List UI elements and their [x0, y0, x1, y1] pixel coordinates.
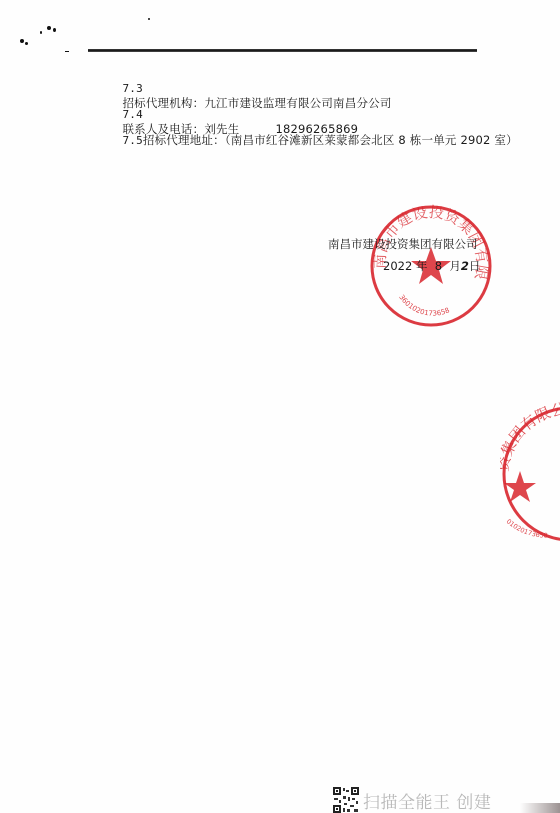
scanned-page: 7.3 招标代理机构：九江市建设监理有限公司南昌分公司 7.4 联系人及电话：刘… — [0, 0, 560, 813]
signing-date: 2022 年 8 月2日 — [383, 258, 480, 274]
header-rule — [88, 49, 477, 52]
item-label: 招标代理地址： — [143, 133, 225, 147]
partial-seal: 资集团有限公司 01020173658 — [500, 402, 560, 542]
svg-text:01020173658: 01020173658 — [505, 517, 548, 539]
scan-artifact — [65, 51, 69, 52]
svg-text:资集团有限公司: 资集团有限公司 — [500, 402, 560, 473]
date-month: 8 — [435, 259, 442, 273]
scan-artifact — [25, 42, 28, 45]
watermark-text: 扫描全能王 创建 — [363, 788, 491, 813]
scan-artifact — [47, 26, 51, 30]
partial-seal-text: 资集团有限公司 — [500, 402, 560, 473]
date-month-unit: 月 — [449, 259, 461, 273]
date-year: 2022 — [383, 259, 412, 273]
scan-artifact — [53, 28, 56, 32]
item-number: 7.5 — [122, 134, 142, 147]
scan-edge-shadow — [520, 803, 560, 813]
item-value: （南昌市红谷滩新区莱蒙都会北区 8 栋一单元 2902 室） — [225, 133, 518, 147]
signing-organization: 南昌市建设投资集团有限公司 — [328, 236, 478, 252]
scan-artifact — [20, 39, 24, 43]
item-7-5: 7.5招标代理地址：（南昌市红谷滩新区莱蒙都会北区 8 栋一单元 2902 室） — [107, 118, 518, 162]
date-day-unit: 日 — [469, 259, 481, 273]
partial-seal-serial: 01020173658 — [505, 517, 548, 539]
date-year-unit: 年 — [416, 259, 428, 273]
qr-code-icon — [333, 787, 359, 813]
scanner-watermark: 扫描全能王 创建 — [333, 787, 491, 813]
svg-text:3601020173658: 3601020173658 — [397, 293, 451, 317]
date-day: 2 — [461, 259, 469, 273]
scan-artifact — [148, 18, 150, 20]
scan-artifact — [40, 31, 42, 34]
seal-serial: 3601020173658 — [397, 293, 451, 317]
